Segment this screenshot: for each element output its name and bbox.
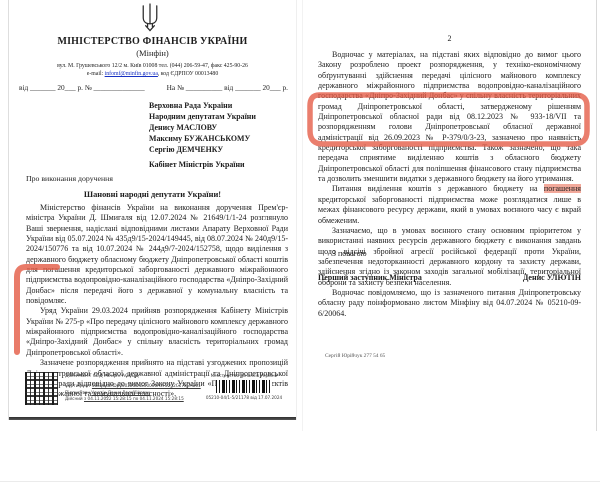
stamp-system-line: ДОКУМЕНТ СЕД Мінфін АСКОД (65, 374, 203, 379)
signer-title: Перший заступник Міністра (318, 273, 422, 282)
paragraph: Питання виділення коштів з державного бю… (318, 184, 581, 225)
ministry-title: МІНІСТЕРСТВО ФІНАНСІВ УКРАЇНИ (9, 36, 296, 47)
recipient-cabinet: Кабінет Міністрів України (149, 160, 245, 169)
validity-dates: з 04.11.2022 15:28:15 по 04.11.2024 15:2… (84, 396, 184, 401)
email-label: e-mail: (87, 71, 105, 77)
edrpou-code: , код ЄДРПОУ 00013480 (158, 71, 218, 77)
signer-name: Улютін Денис Валерійович (91, 390, 150, 395)
recipient-line: Народним депутатам України (149, 111, 256, 122)
email-link[interactable]: infomf@minfin.gov.ua (105, 71, 158, 77)
closing-phrase: З повагою (332, 249, 367, 258)
recipient-line: Верховна Рада України (149, 100, 256, 111)
letter-subject: Про виконання доручення (26, 174, 113, 183)
signature-stamp-details: ДОКУМЕНТ СЕД Мінфін АСКОД Сертифікат 58E… (65, 374, 203, 403)
paragraph: Водночас у матеріалах, на підставі яких … (318, 50, 581, 184)
qr-code (25, 372, 58, 405)
ukraine-trident-emblem-icon (137, 3, 163, 32)
recipient-line: Максиму БУЖАНСЬКОМУ (149, 133, 256, 144)
ministry-short-name: (Мінфін) (9, 48, 296, 58)
recipient-line: Денису МАСЛОВУ (149, 122, 256, 133)
letter-page-1: МІНІСТЕРСТВО ФІНАНСІВ УКРАЇНИ (Мінфін) в… (8, 0, 297, 420)
registration-stamp: Міністерство фінансів України 05210-04/1… (205, 373, 283, 400)
page-number: 2 (303, 34, 596, 43)
stamp-certificate-line: Сертифікат 58E2648AD0000221D4E00000A3F22… (65, 383, 203, 388)
incoming-ref-blank: На № __________ від _______ 20___ р. (167, 83, 288, 92)
paragraph: Міністерство фінансів України на виконан… (26, 203, 288, 306)
recipient-list: Верховна Рада України Народним депутатам… (149, 100, 256, 155)
letter-page-2: 2 Водночас у матеріалах, на підставі яки… (302, 0, 597, 431)
executor-contact: Сергій Юрійчук 277 54 65 (325, 353, 385, 359)
paragraph: Уряд України 29.03.2024 прийняв розпоряд… (26, 306, 288, 358)
certificate-number: 58E2648AD0000221D4E00000A3F2202C178CAB01 (92, 383, 201, 388)
signature-row: Перший заступник Міністра Денис УЛЮТІН (318, 273, 581, 282)
screenshot-root: { "accent_colors": { "marker_red": "#e45… (0, 0, 600, 486)
screenshot-bottom-divider (0, 481, 600, 482)
letter-body-page1: Міністерство фінансів України на виконан… (26, 203, 288, 400)
recipient-line: Сергію ДЕМЧЕНКУ (149, 144, 256, 155)
stamp-validity-line: Дійсний з 04.11.2022 15:28:15 по 04.11.2… (65, 396, 203, 401)
signer-printed-name: Денис УЛЮТІН (523, 273, 581, 282)
salutation: Шановні народні депутати України! (9, 190, 296, 199)
ministry-address: вул. М. Грушевського 12/2 м. Київ 01008 … (9, 63, 296, 69)
barcode (216, 380, 272, 393)
registration-number: 05210-04/1-5/21178 від 17.07.2024 (205, 395, 283, 400)
stamp-org-name: Міністерство фінансів України (205, 373, 283, 378)
page-bottom-edge (9, 417, 296, 420)
outgoing-ref-blank: від _______ 20___ р. № ______________ (19, 83, 145, 92)
ministry-contact-line: e-mail: infomf@minfin.gov.ua, код ЄДРПОУ… (9, 71, 296, 77)
stamp-signer-line: Підписувач Улютін Денис Валерійович (65, 390, 203, 395)
paragraph: Водночас повідомляємо, що із зазначеного… (318, 288, 581, 319)
red-highlighted-word: погашення (544, 184, 581, 193)
reference-number-line: від _______ 20___ р. № ______________ На… (19, 83, 288, 92)
